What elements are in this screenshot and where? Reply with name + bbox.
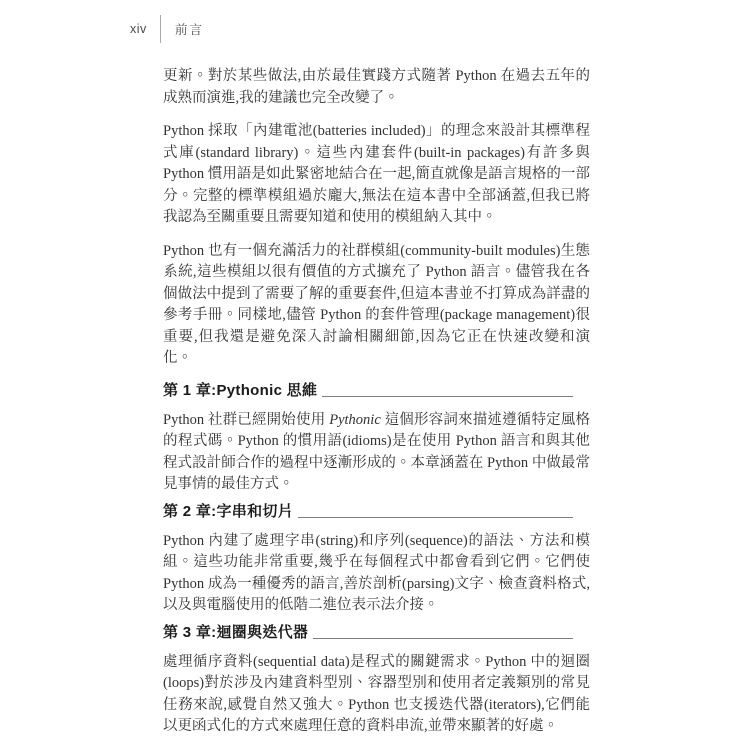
text-column: 更新。對於某些做法,由於最佳實踐方式隨著 Python 在過去五年的成熟而演進,… — [163, 66, 590, 738]
chapter-summary-2: 第 2 章:字串和切片 Python 內建了處理字串(string)和序列(se… — [163, 503, 590, 617]
chapter-heading: 第 1 章:Pythonic 思維 — [163, 382, 590, 400]
chapter-heading-text: 第 1 章:Pythonic 思維 — [163, 382, 317, 400]
heading-rule — [313, 638, 573, 639]
header-divider — [160, 15, 161, 43]
chapter-summary-3: 第 3 章:迴圈與迭代器 處理循序資料(sequential data)是程式的… — [163, 624, 590, 738]
chapter-heading-text: 第 3 章:迴圈與迭代器 — [163, 624, 308, 642]
chapter-heading: 第 2 章:字串和切片 — [163, 503, 590, 521]
heading-rule — [298, 517, 573, 518]
chapter-summary-1: 第 1 章:Pythonic 思維 Python 社群已經開始使用 Python… — [163, 382, 590, 496]
chapter-paragraph: Python 內建了處理字串(string)和序列(sequence)的語法、方… — [163, 531, 590, 617]
page-number: xiv — [130, 22, 150, 36]
chapter-paragraph: Python 社群已經開始使用 Pythonic 這個形容詞來描述遵循特定風格的… — [163, 410, 590, 496]
intro-paragraph: Python 也有一個充滿活力的社群模組(community-built mod… — [163, 241, 590, 370]
book-page: xiv 前言 更新。對於某些做法,由於最佳實踐方式隨著 Python 在過去五年… — [0, 0, 750, 750]
intro-paragraph: Python 採取「內建電池(batteries included)」的理念來設… — [163, 121, 590, 229]
chapter-heading: 第 3 章:迴圈與迭代器 — [163, 624, 590, 642]
chapter-heading-text: 第 2 章:字串和切片 — [163, 503, 293, 521]
intro-paragraph: 更新。對於某些做法,由於最佳實踐方式隨著 Python 在過去五年的成熟而演進,… — [163, 66, 590, 109]
heading-rule — [322, 396, 573, 397]
section-title: 前言 — [175, 20, 204, 38]
chapter-paragraph: 處理循序資料(sequential data)是程式的關鍵需求。Python 中… — [163, 652, 590, 738]
running-header: xiv 前言 — [130, 14, 204, 44]
